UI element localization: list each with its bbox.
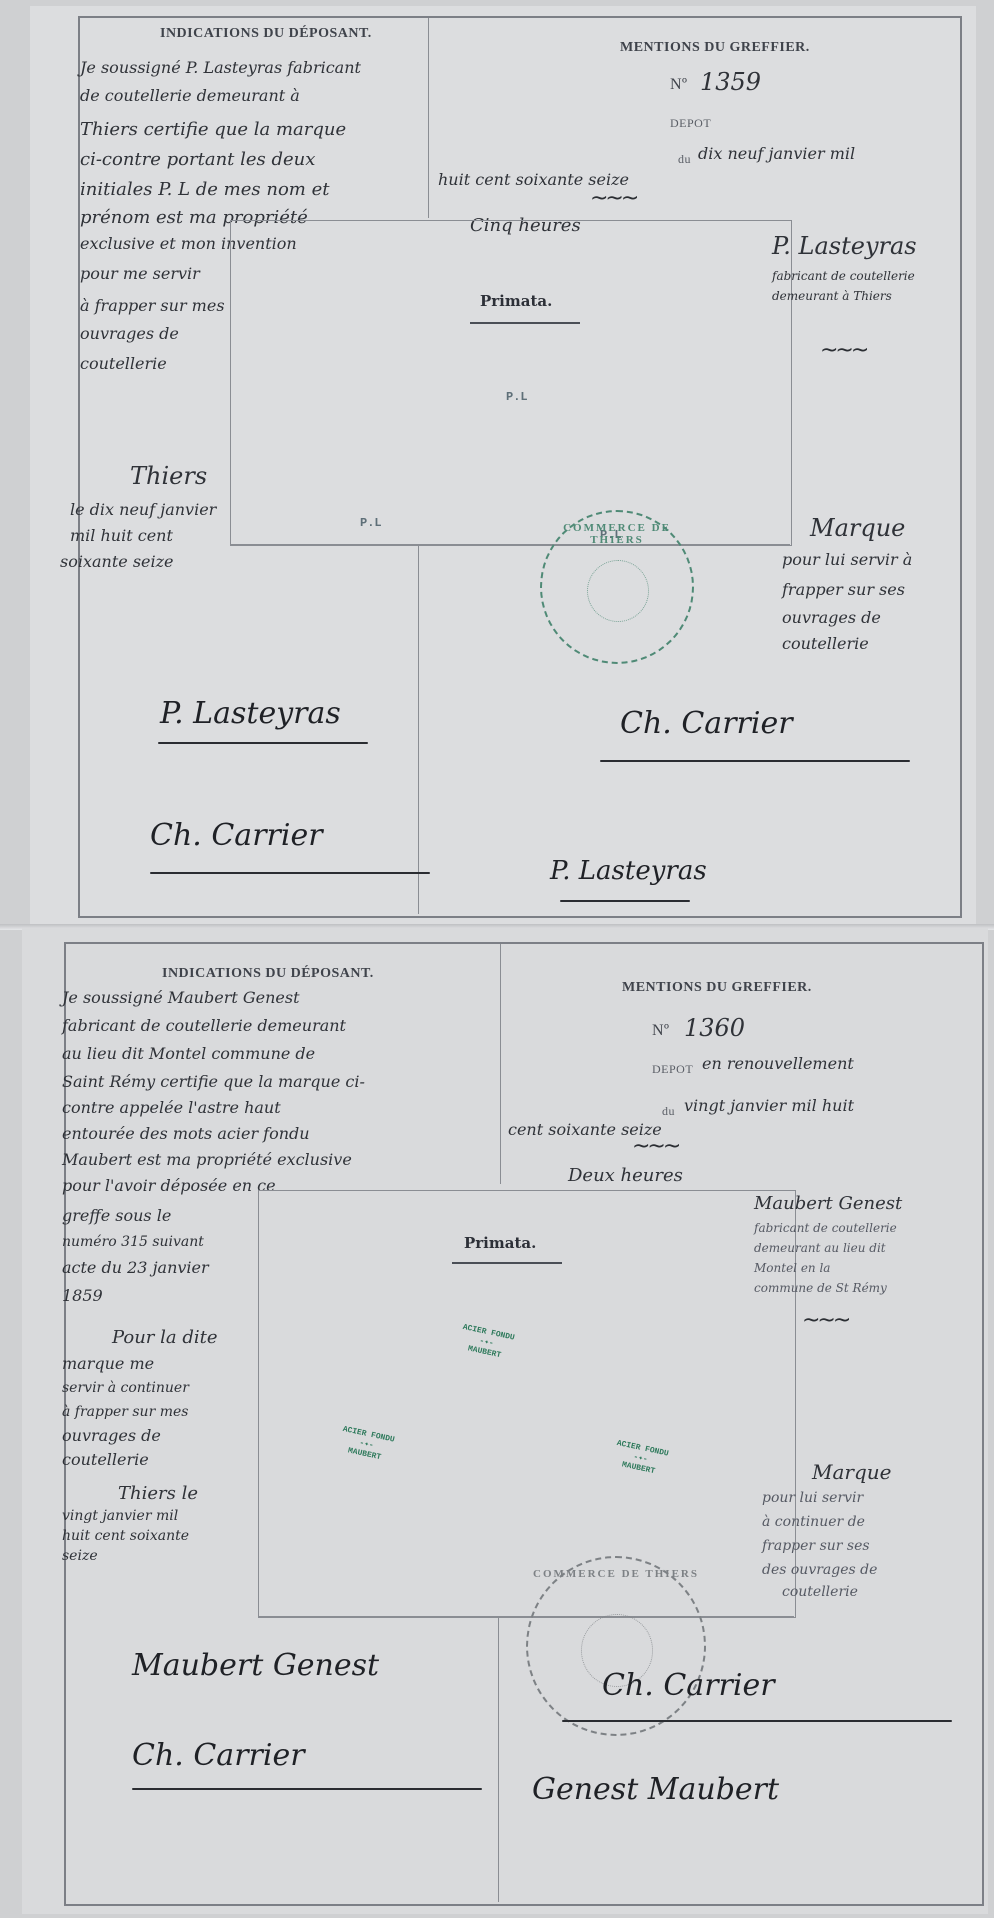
form-1359: INDICATIONS DU DÉPOSANT. MENTIONS DU GRE… [30,6,976,924]
depot-label: DEPOT [670,116,711,131]
signature: P. Lasteyras [160,696,341,731]
greffier-note-title: Marque [812,1458,891,1486]
number-label: Nº [670,76,688,94]
mark-impression: P.L [360,516,382,530]
greffier-name: P. Lasteyras [772,232,917,260]
primata-title: Primata. [480,292,552,310]
deposit-number: 1359 [700,68,761,96]
signature: Genest Maubert [532,1772,779,1807]
deposit-date-line1: dix neuf janvier mil [698,140,855,168]
signature: Ch. Carrier [132,1738,305,1773]
deposant-header: INDICATIONS DU DÉPOSANT. [162,966,374,982]
signature: P. Lasteyras [550,856,707,886]
du-label: du [662,1104,675,1119]
commerce-seal-icon: COMMERCE DE THIERS [540,510,694,664]
column-divider-lower [498,1618,499,1902]
greffier-note-title: Marque [810,514,905,542]
form-1360: INDICATIONS DU DÉPOSANT. MENTIONS DU GRE… [22,928,988,1914]
greffier-header: MENTIONS DU GREFFIER. [620,40,810,56]
signature: Ch. Carrier [620,706,793,741]
depot-label: DEPOT [652,1062,693,1077]
signature: Maubert Genest [132,1648,379,1683]
primata-title: Primata. [464,1234,536,1252]
deposit-date-line1: vingt janvier mil huit [684,1092,854,1120]
greffier-header: MENTIONS DU GREFFIER. [622,980,812,996]
primata-box [258,1190,796,1618]
mark-impression: P.L [506,390,528,404]
commerce-seal-icon: COMMERCE DE THIERS [526,1556,706,1736]
column-divider-lower [418,546,419,914]
column-divider [500,944,501,1184]
place-thiers: Thiers [130,462,207,490]
depot-value: en renouvellement [702,1050,854,1078]
column-divider [428,18,429,218]
deposit-hour: Deux heures [568,1162,683,1190]
deposant-header: INDICATIONS DU DÉPOSANT. [160,26,372,42]
primata-box [230,220,792,546]
usage-text: Pour la dite [112,1324,218,1352]
du-label: du [678,152,691,167]
signature: Ch. Carrier [150,818,323,853]
deposit-number: 1360 [684,1014,745,1042]
number-label: Nº [652,1022,670,1040]
signature: Ch. Carrier [602,1668,775,1703]
